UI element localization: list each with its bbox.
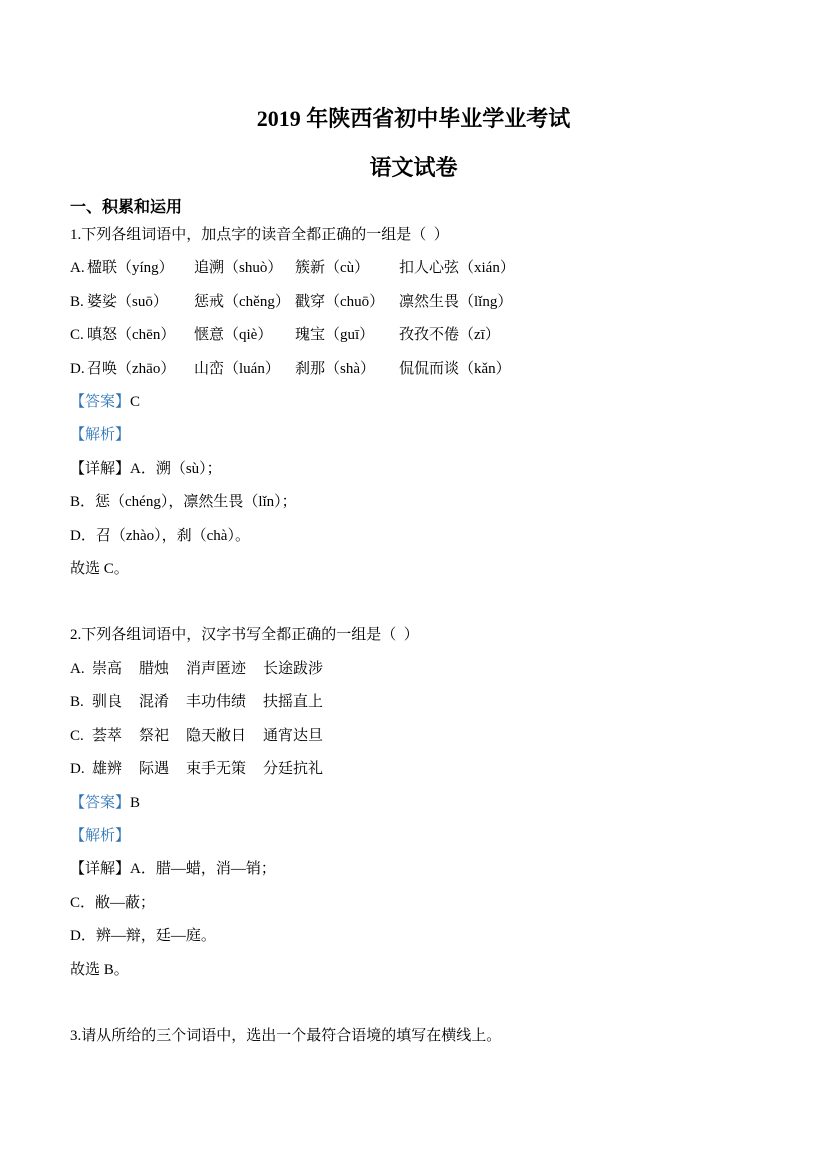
option-part: 簇新（cù） [295,252,399,285]
q2-option-d: D. 雄辨 际遇 束手无策 分廷抗礼 [70,753,787,786]
option-part: 隐天敝日 [186,720,246,753]
analysis-label: 【解析】 [70,427,130,443]
q1-detail-line: 【详解】A．溯（sù）； [70,453,787,486]
answer-label: 【答案】 [70,394,130,410]
q2-detail-line: D．辨—辩，廷—庭。 [70,920,787,953]
option-part: 驯良 [92,686,122,719]
option-part: 通宵达旦 [263,720,323,753]
option-part: 惬意（qiè） [194,319,295,352]
q1-conclusion-line: 故选 C。 [70,553,787,586]
blank-line [70,586,787,619]
option-part: 长途跋涉 [263,653,323,686]
q1-option-b: B. 婆娑（suō） 惩戒（chěng） 戳穿（chuō） 凛然生畏（lǐng） [70,286,787,319]
option-part: 扶摇直上 [263,686,323,719]
q2-option-a: A. 崇高 腊烛 消声匿迹 长途跋涉 [70,653,787,686]
option-label: D. [70,753,92,786]
q1-answer-line: 【答案】C [70,386,787,419]
option-part: 刹那（shà） [295,353,399,386]
option-part: 楹联（yíng） [87,252,194,285]
option-part: 混淆 [139,686,169,719]
q1-detail-line: D．召（zhào），刹（chà）。 [70,520,787,553]
option-label: C. [70,720,92,753]
option-part: 婆娑（suō） [87,286,194,319]
q3-stem: 3.请从所给的三个词语中，选出一个最符合语境的填写在横线上。 [70,1020,787,1053]
option-part: 祭祀 [139,720,169,753]
option-part: 雄辨 [92,753,122,786]
option-part: 瑰宝（guī） [295,319,399,352]
document-page: 2019 年陕西省初中毕业学业考试 语文试卷 一、积累和运用 1.下列各组词语中… [0,0,827,1169]
q2-option-c: C. 荟萃 祭祀 隐天敝日 通宵达旦 [70,720,787,753]
option-part: 荟萃 [92,720,122,753]
q2-option-b: B. 驯良 混淆 丰功伟绩 扶摇直上 [70,686,787,719]
option-part: 扣人心弦（xián） [399,252,787,285]
blank-line [70,987,787,1020]
q1-stem: 1.下列各组词语中，加点字的读音全都正确的一组是（ ） [70,219,787,252]
option-part: 凛然生畏（lǐng） [399,286,787,319]
option-part: 侃侃而谈（kǎn） [399,353,787,386]
option-part: 腊烛 [139,653,169,686]
option-part: 召唤（zhāo） [87,353,194,386]
option-label: B. [70,686,92,719]
option-part: 山峦（luán） [194,353,295,386]
option-part: 追溯（shuò） [194,252,295,285]
analysis-label: 【解析】 [70,828,130,844]
q1-detail-line: B．惩（chéng），凛然生畏（lǐn）； [70,486,787,519]
option-part: 束手无策 [186,753,246,786]
option-part: 崇高 [92,653,122,686]
q2-stem: 2.下列各组词语中，汉字书写全都正确的一组是（ ） [70,619,787,652]
option-label: B. [70,286,87,319]
doc-title: 2019 年陕西省初中毕业学业考试 [0,104,827,134]
answer-value: C [130,394,140,410]
document-body: 1.下列各组词语中，加点字的读音全都正确的一组是（ ） A. 楹联（yíng） … [0,219,827,1053]
q2-answer-line: 【答案】B [70,787,787,820]
q1-option-a: A. 楹联（yíng） 追溯（shuò） 簇新（cù） 扣人心弦（xián） [70,252,787,285]
section-heading: 一、积累和运用 [0,197,827,219]
option-label: D. [70,353,87,386]
answer-label: 【答案】 [70,795,130,811]
option-part: 丰功伟绩 [186,686,246,719]
answer-value: B [130,795,140,811]
option-part: 分廷抗礼 [263,753,323,786]
option-part: 戳穿（chuō） [295,286,399,319]
doc-subtitle: 语文试卷 [0,153,827,183]
option-part: 际遇 [139,753,169,786]
option-label: A. [70,653,92,686]
q1-option-d: D. 召唤（zhāo） 山峦（luán） 刹那（shà） 侃侃而谈（kǎn） [70,353,787,386]
q2-conclusion-line: 故选 B。 [70,954,787,987]
q1-option-c: C. 嗔怒（chēn） 惬意（qiè） 瑰宝（guī） 孜孜不倦（zī） [70,319,787,352]
q2-detail-line: 【详解】A．腊—蜡，消—销； [70,853,787,886]
option-label: A. [70,252,87,285]
option-part: 惩戒（chěng） [194,286,295,319]
q2-analysis-line: 【解析】 [70,820,787,853]
q2-detail-line: C．敝—蔽； [70,887,787,920]
option-part: 消声匿迹 [186,653,246,686]
option-label: C. [70,319,87,352]
option-part: 孜孜不倦（zī） [399,319,787,352]
q1-analysis-line: 【解析】 [70,419,787,452]
option-part: 嗔怒（chēn） [87,319,194,352]
